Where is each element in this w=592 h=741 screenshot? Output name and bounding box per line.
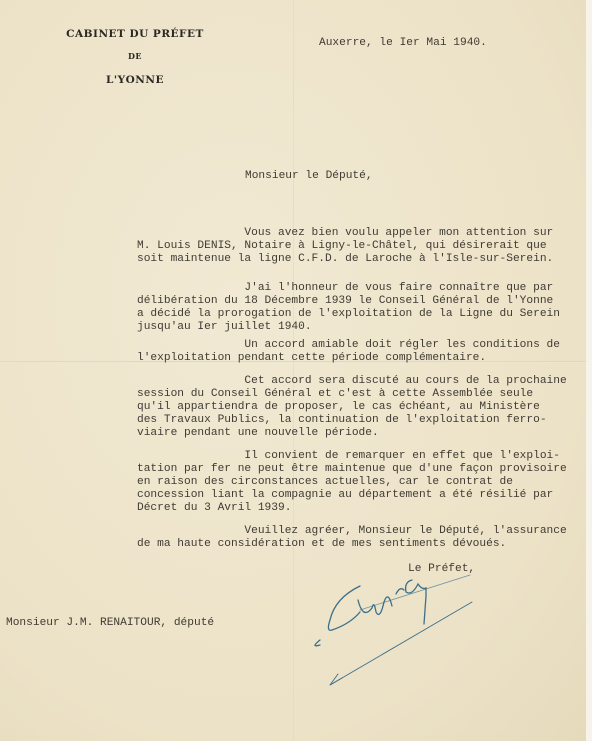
paragraph-5-line-2: tation par fer ne peut être maintenue qu… xyxy=(137,463,567,476)
paragraph-4-line-4: des Travaux Publics, la continuation de … xyxy=(137,414,547,427)
paragraph-1-line-1: Vous avez bien voulu appeler mon attenti… xyxy=(137,227,553,240)
page-edge xyxy=(586,0,592,741)
paragraph-3-line-2: l'exploitation pendant cette période com… xyxy=(137,352,486,365)
letterhead-line-3: L'YONNE xyxy=(40,74,230,97)
paragraph-1-line-2: M. Louis DENIS, Notaire à Ligny-le-Châte… xyxy=(137,240,547,253)
signature-icon xyxy=(300,560,550,690)
paper-vertical-fold xyxy=(293,0,294,741)
paragraph-5-line-4: concession liant la compagnie au départe… xyxy=(137,489,553,502)
paragraph-3-line-1: Un accord amiable doit régler les condit… xyxy=(137,339,560,352)
paragraph-2-line-3: a décidé la prorogation de l'exploitatio… xyxy=(137,308,560,321)
recipient-line: Monsieur J.M. RENAITOUR, député xyxy=(6,617,214,630)
letter-page: CABINET DU PRÉFET DE L'YONNE Auxerre, le… xyxy=(0,0,586,741)
paragraph-2-line-4: jusqu'au Ier juillet 1940. xyxy=(137,321,312,334)
paragraph-4-line-2: session du Conseil Général et c'est à ce… xyxy=(137,388,533,401)
letterhead-line-1: CABINET DU PRÉFET xyxy=(40,28,230,51)
salutation: Monsieur le Député, xyxy=(245,170,373,183)
paragraph-6-line-1: Veuillez agréer, Monsieur le Député, l'a… xyxy=(137,525,567,538)
paragraph-5-line-3: en raison des circonstances actuelles, c… xyxy=(137,476,513,489)
paragraph-5-line-1: Il convient de remarquer en effet que l'… xyxy=(137,450,560,463)
paragraph-2-line-1: J'ai l'honneur de vous faire connaître q… xyxy=(137,282,553,295)
letterhead: CABINET DU PRÉFET DE L'YONNE xyxy=(40,28,230,97)
letterhead-line-2: DE xyxy=(40,51,230,74)
paragraph-4-line-1: Cet accord sera discuté au cours de la p… xyxy=(137,375,567,388)
paragraph-6-line-2: de ma haute considération et de mes sent… xyxy=(137,538,506,551)
place-date: Auxerre, le Ier Mai 1940. xyxy=(319,37,487,50)
paragraph-5-line-5: Décret du 3 Avril 1939. xyxy=(137,502,291,515)
paragraph-1-line-3: soit maintenue la ligne C.F.D. de Laroch… xyxy=(137,253,553,266)
paragraph-2-line-2: délibération du 18 Décembre 1939 le Cons… xyxy=(137,295,553,308)
paragraph-4-line-5: viaire pendant une nouvelle période. xyxy=(137,427,379,440)
paragraph-4-line-3: qu'il appartiendra de proposer, le cas é… xyxy=(137,401,540,414)
